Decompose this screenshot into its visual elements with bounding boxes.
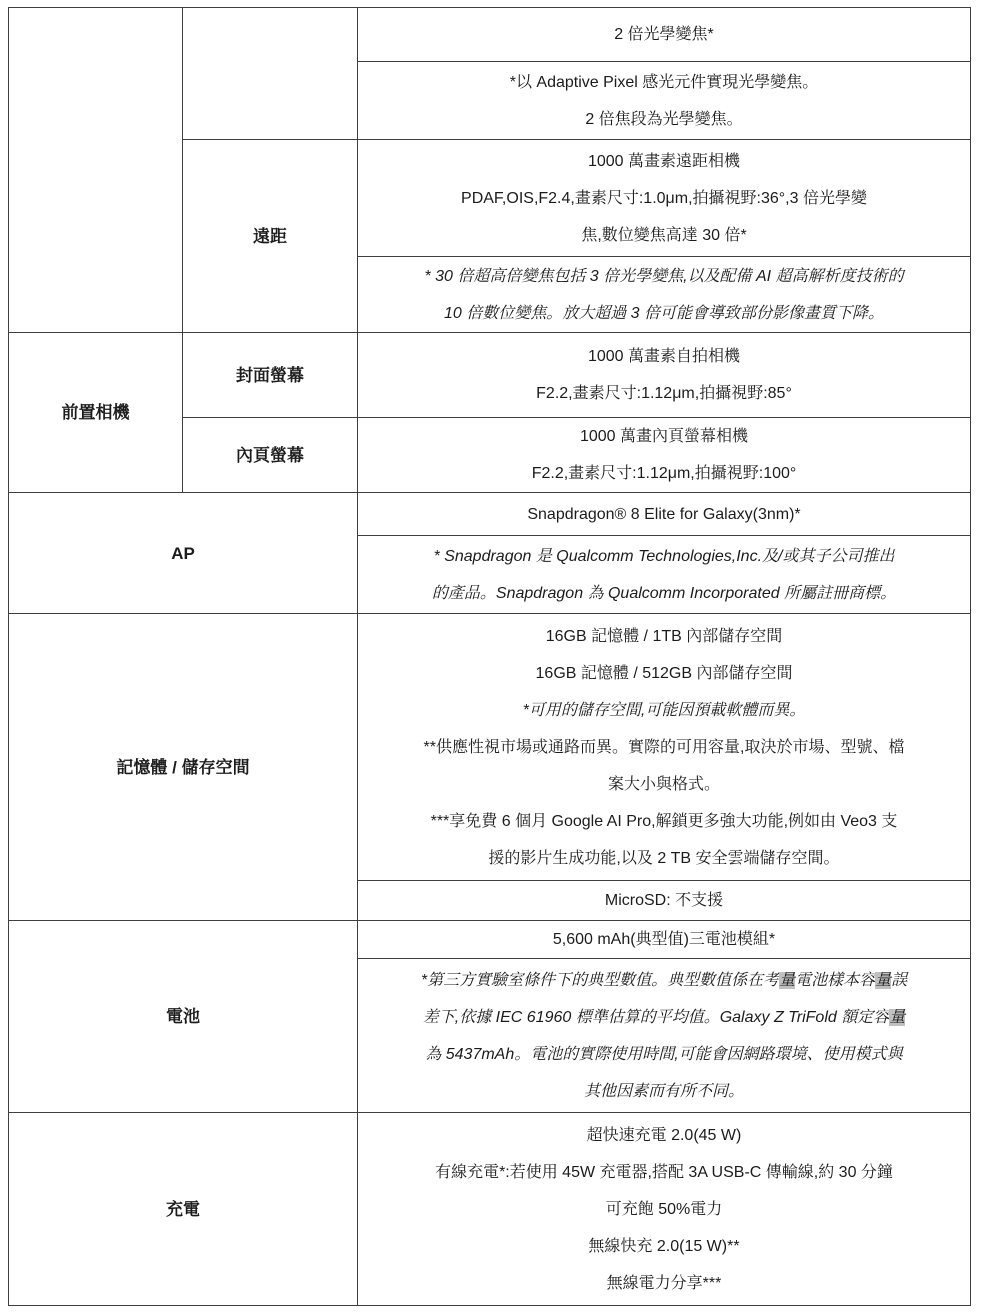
battery-note-cell: *第三方實驗室條件下的典型數值。典型數值係在考量電池樣本容量誤 差下,依據 IE… — [358, 959, 971, 1113]
battery-note-line: 為 5437mAh。電池的實際使用時間,可能會因網路環境、使用模式與 — [368, 1036, 960, 1073]
telephoto-spec-cell: 1000 萬畫素遠距相機 PDAF,OIS,F2.4,畫素尺寸:1.0μm,拍攝… — [358, 140, 971, 257]
charging-spec-line: 可充飽 50%電力 — [368, 1191, 960, 1228]
memory-options-cell: 16GB 記憶體 / 1TB 內部儲存空間 16GB 記憶體 / 512GB 內… — [358, 614, 971, 881]
rear-camera-category-cell — [9, 8, 183, 333]
rear-zoom-subcategory-cell — [183, 8, 358, 140]
battery-note-line: 差下,依據 IEC 61960 標準估算的平均值。Galaxy Z TriFol… — [368, 999, 960, 1036]
inner-camera-spec-line: F2.2,畫素尺寸:1.12μm,拍攝視野:100° — [368, 455, 960, 492]
row-front-cover-camera: 前置相機 封面螢幕 1000 萬畫素自拍相機 F2.2,畫素尺寸:1.12μm,… — [9, 333, 971, 418]
charging-spec-line: 有線充電*:若使用 45W 充電器,搭配 3A USB-C 傳輸線,約 30 分… — [368, 1154, 960, 1191]
battery-note-line: *第三方實驗室條件下的典型數值。典型數值係在考量電池樣本容量誤 — [368, 962, 960, 999]
memory-option-line: 16GB 記憶體 / 512GB 內部儲存空間 — [368, 655, 960, 692]
charging-spec-cell: 超快速充電 2.0(45 W) 有線充電*:若使用 45W 充電器,搭配 3A … — [358, 1113, 971, 1306]
ap-note-line: 的產品。Snapdragon 為 Qualcomm Incorporated 所… — [368, 575, 960, 612]
battery-note-line: 其他因素而有所不同。 — [368, 1073, 960, 1110]
cover-camera-spec-cell: 1000 萬畫素自拍相機 F2.2,畫素尺寸:1.12μm,拍攝視野:85° — [358, 333, 971, 418]
spec-table: 2 倍光學變焦* *以 Adaptive Pixel 感光元件實現光學變焦。 2… — [8, 7, 971, 1306]
cover-camera-spec-line: F2.2,畫素尺寸:1.12μm,拍攝視野:85° — [368, 375, 960, 412]
front-camera-label: 前置相機 — [9, 333, 183, 493]
row-memory-options: 記憶體 / 儲存空間 16GB 記憶體 / 1TB 內部儲存空間 16GB 記憶… — [9, 614, 971, 881]
ap-note-line: * Snapdragon 是 Qualcomm Technologies,Inc… — [368, 538, 960, 575]
ap-chipset: Snapdragon® 8 Elite for Galaxy(3nm)* — [358, 493, 971, 536]
row-charging: 充電 超快速充電 2.0(45 W) 有線充電*:若使用 45W 充電器,搭配 … — [9, 1113, 971, 1306]
memory-note-line: 援的影片生成功能,以及 2 TB 安全雲端儲存空間。 — [368, 840, 960, 877]
rear-zoom-value: 2 倍光學變焦* — [358, 8, 971, 62]
telephoto-spec-line: PDAF,OIS,F2.4,畫素尺寸:1.0μm,拍攝視野:36°,3 倍光學變 — [368, 180, 960, 217]
inner-screen-label: 內頁螢幕 — [183, 418, 358, 493]
row-ap-chipset: AP Snapdragon® 8 Elite for Galaxy(3nm)* — [9, 493, 971, 536]
ap-note-cell: * Snapdragon 是 Qualcomm Technologies,Inc… — [358, 536, 971, 614]
telephoto-note-line: * 30 倍超高倍變焦包括 3 倍光學變焦,以及配備 AI 超高解析度技術的 — [368, 258, 960, 295]
battery-capacity: 5,600 mAh(典型值)三電池模組* — [358, 921, 971, 959]
microsd-value: MicroSD: 不支援 — [358, 881, 971, 921]
telephoto-label: 遠距 — [183, 140, 358, 333]
memory-note-line: *可用的儲存空間,可能因預載軟體而異。 — [368, 692, 960, 729]
row-battery-capacity: 電池 5,600 mAh(典型值)三電池模組* — [9, 921, 971, 959]
memory-note-line: 案大小與格式。 — [368, 766, 960, 803]
charging-spec-line: 無線快充 2.0(15 W)** — [368, 1228, 960, 1265]
rear-zoom-note-line: *以 Adaptive Pixel 感光元件實現光學變焦。 — [368, 64, 960, 101]
rear-zoom-note-line: 2 倍焦段為光學變焦。 — [368, 101, 960, 138]
inner-camera-spec-line: 1000 萬畫內頁螢幕相機 — [368, 418, 960, 455]
memory-note-line: ***享免費 6 個月 Google AI Pro,解鎖更多強大功能,例如由 V… — [368, 803, 960, 840]
memory-option-line: 16GB 記憶體 / 1TB 內部儲存空間 — [368, 618, 960, 655]
telephoto-note-line: 10 倍數位變焦。放大超過 3 倍可能會導致部份影像畫質下降。 — [368, 295, 960, 332]
ap-label: AP — [9, 493, 358, 614]
rear-zoom-note-cell: *以 Adaptive Pixel 感光元件實現光學變焦。 2 倍焦段為光學變焦… — [358, 62, 971, 140]
charging-label: 充電 — [9, 1113, 358, 1306]
telephoto-spec-line: 焦,數位變焦高達 30 倍* — [368, 217, 960, 254]
cover-camera-spec-line: 1000 萬畫素自拍相機 — [368, 338, 960, 375]
telephoto-spec-line: 1000 萬畫素遠距相機 — [368, 143, 960, 180]
battery-label: 電池 — [9, 921, 358, 1113]
memory-label: 記憶體 / 儲存空間 — [9, 614, 358, 921]
inner-camera-spec-cell: 1000 萬畫內頁螢幕相機 F2.2,畫素尺寸:1.12μm,拍攝視野:100° — [358, 418, 971, 493]
cover-screen-label: 封面螢幕 — [183, 333, 358, 418]
telephoto-note-cell: * 30 倍超高倍變焦包括 3 倍光學變焦,以及配備 AI 超高解析度技術的 1… — [358, 257, 971, 333]
memory-note-line: **供應性視市場或通路而異。實際的可用容量,取決於市場、型號、檔 — [368, 729, 960, 766]
charging-spec-line: 無線電力分享*** — [368, 1265, 960, 1302]
row-rear-zoom-value: 2 倍光學變焦* — [9, 8, 971, 62]
charging-spec-line: 超快速充電 2.0(45 W) — [368, 1117, 960, 1154]
